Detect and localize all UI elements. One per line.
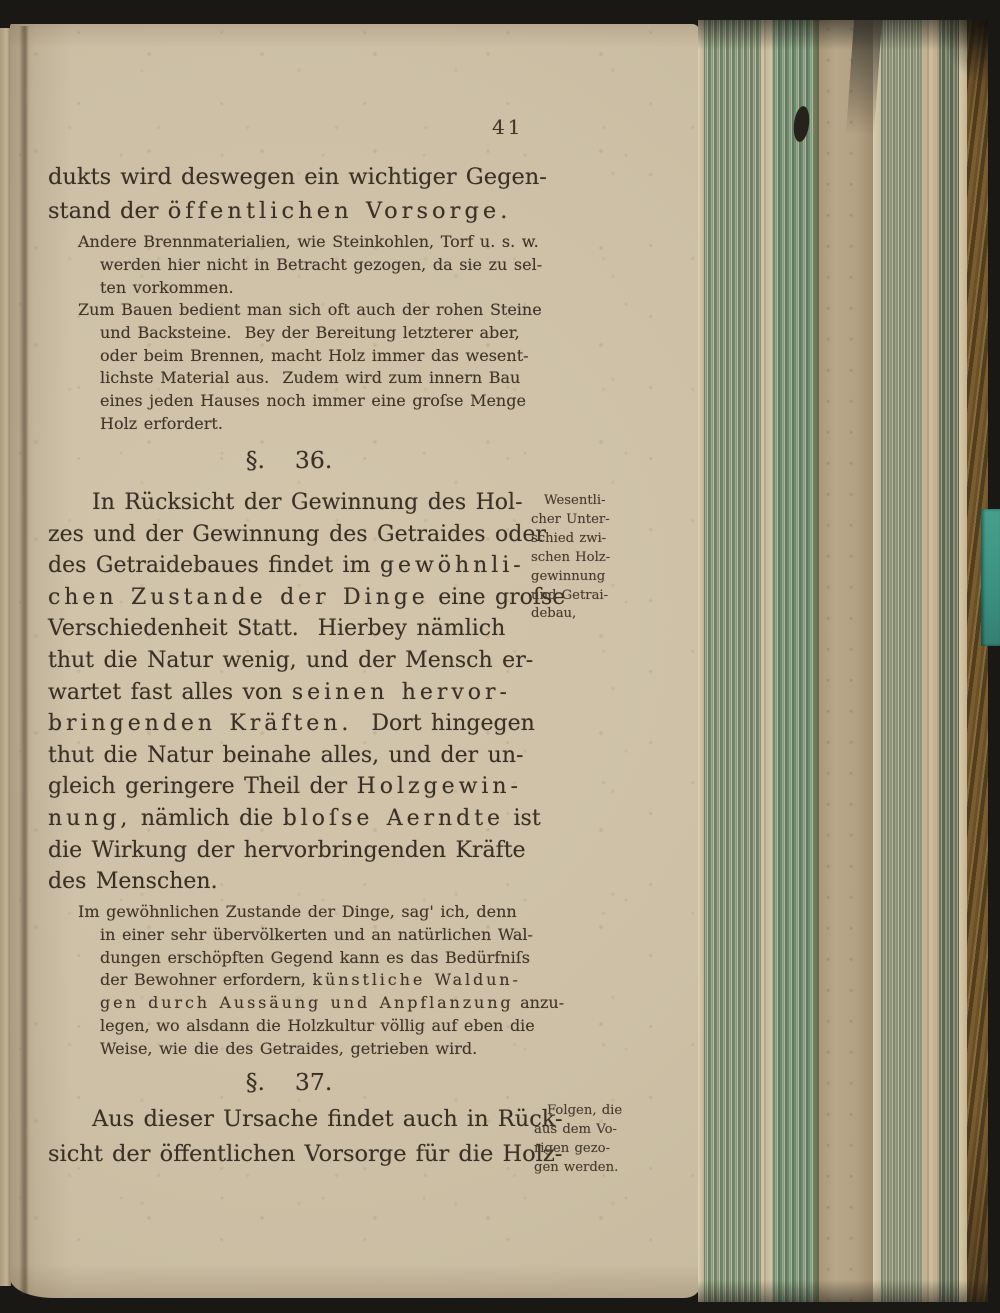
section-number: 37.	[295, 1068, 332, 1096]
text-line: der Bewohner erfordern, künstliche Waldu…	[78, 969, 548, 992]
fore-edge-band-green	[704, 20, 761, 1302]
fore-edge-band-green	[773, 20, 813, 1302]
text-line: oder beim Brennen, macht Holz immer das …	[78, 345, 548, 368]
text-line: debau,	[531, 605, 651, 624]
text-segment: der Bewohner erfordern,	[100, 970, 312, 989]
section-mark: §.	[246, 446, 265, 474]
text-segment: In Rücksicht der Gewinnung des Hol-	[92, 490, 523, 515]
text-line: und Backsteine. Bey der Bereitung letzte…	[78, 322, 548, 345]
text-line: rigen gezo-	[534, 1140, 654, 1159]
text-line: in einer sehr übervölkerten und an natür…	[78, 924, 548, 947]
text-segment: aus dem Vo-	[534, 1122, 617, 1137]
paragraph-37: Aus dieser Ursache findet auch in Rück-s…	[48, 1102, 558, 1172]
text-segment: lichste Material aus. Zudem wird zum inn…	[100, 368, 520, 387]
section-number: 36.	[295, 446, 332, 474]
text-line: cher Unter-	[531, 511, 651, 530]
text-line: Holz erfordert.	[78, 413, 548, 436]
page-gutter-shadow	[19, 26, 29, 1294]
text-segment: Dort hingegen	[352, 711, 534, 736]
section-heading-37: §. 37.	[48, 1068, 530, 1096]
text-line: nung, nämlich die bloſse Aerndte ist	[48, 803, 548, 835]
text-segment: Verschiedenheit Statt. Hierbey nämlich	[48, 616, 505, 641]
fore-edge-band-tan-block	[819, 20, 873, 1302]
text-line: werden hier nicht in Betracht gezogen, d…	[78, 254, 548, 277]
text-segment: Im gewöhnlichen Zustande der Dinge, sag'…	[78, 902, 517, 921]
text-line: stand der öffentlichen Vorsorge.	[48, 194, 548, 228]
text-segment: rigen gezo-	[534, 1141, 610, 1156]
text-line: thut die Natur wenig, und der Mensch er-	[48, 645, 548, 677]
text-segment: stand der	[48, 198, 168, 224]
fore-edge-band-pink	[923, 20, 939, 1302]
text-segment: Holzgewin-	[357, 774, 522, 799]
text-line: des Menschen.	[48, 866, 548, 898]
margin-note-36: Wesentli-cher Unter-schied zwi-schen Hol…	[531, 492, 651, 624]
text-segment: nämlich die	[131, 806, 282, 831]
fore-edge-band-light	[959, 20, 967, 1302]
section-heading-36: §. 36.	[48, 446, 530, 474]
text-segment: chen Zustande der Dinge	[48, 585, 429, 610]
text-segment: dungen erschöpften Gegend kann es das Be…	[100, 948, 530, 967]
text-line: des Getraidebaues findet im gewöhnli-	[48, 550, 548, 582]
fore-edge-band-fray	[939, 20, 959, 1302]
text-line: sicht der öffentlichen Vorsorge für die …	[48, 1137, 558, 1172]
text-segment: Aus dieser Ursache findet auch in Rück-	[92, 1106, 563, 1132]
fore-edge-band-graygreen	[881, 20, 923, 1302]
text-line: lichste Material aus. Zudem wird zum inn…	[78, 367, 548, 390]
text-segment: oder beim Brennen, macht Holz immer das …	[100, 346, 529, 365]
text-segment: Holz erfordert.	[100, 414, 223, 433]
text-segment: Zum Bauen bedient man sich oft auch der …	[78, 300, 542, 319]
text-line: Wesentli-	[531, 492, 651, 511]
text-line: Andere Brennmaterialien, wie Steinkohlen…	[78, 231, 548, 254]
text-line: Verschiedenheit Statt. Hierbey nämlich	[48, 613, 548, 645]
text-line: Zum Bauen bedient man sich oft auch der …	[78, 299, 548, 322]
text-line: Weise, wie die des Getraides, getrieben …	[78, 1038, 548, 1061]
text-line: die Wirkung der hervorbringenden Kräfte	[48, 835, 548, 867]
footnote-brennmaterialien: Andere Brennmaterialien, wie Steinkohlen…	[78, 231, 548, 299]
text-segment: und Getrai-	[531, 588, 608, 603]
text-segment: in einer sehr übervölkerten und an natür…	[100, 925, 533, 944]
text-segment: bloſse Aerndte	[283, 806, 504, 831]
text-segment: gewöhnli-	[380, 553, 525, 578]
text-line: legen, wo alsdann die Holzkultur völlig …	[78, 1015, 548, 1038]
text-segment: öffentlichen Vorsorge.	[168, 198, 512, 224]
page-number: 41	[492, 115, 523, 139]
text-line: und Getrai-	[531, 587, 651, 606]
text-segment: nung,	[48, 806, 131, 831]
text-line: thut die Natur beinahe alles, und der un…	[48, 740, 548, 772]
text-line: chen Zustande der Dinge eine groſse	[48, 582, 548, 614]
text-segment: die Wirkung der hervorbringenden Kräfte	[48, 838, 526, 863]
text-segment: des Getraidebaues findet im	[48, 553, 380, 578]
text-segment: ist	[504, 806, 541, 831]
text-segment: und Backsteine. Bey der Bereitung letzte…	[100, 323, 520, 342]
text-segment: schied zwi-	[531, 531, 606, 546]
text-segment: cher Unter-	[531, 512, 610, 527]
text-segment: thut die Natur beinahe alles, und der un…	[48, 743, 523, 768]
fore-edge-band-light	[873, 20, 881, 1302]
section-mark: §.	[246, 1068, 265, 1096]
text-line: gewinnung	[531, 568, 651, 587]
text-line: aus dem Vo-	[534, 1121, 654, 1140]
footnote-bauen: Zum Bauen bedient man sich oft auch der …	[78, 299, 548, 436]
fore-edge-band-tan	[761, 20, 773, 1302]
text-line: schied zwi-	[531, 530, 651, 549]
text-segment: Andere Brennmaterialien, wie Steinkohlen…	[78, 232, 539, 251]
text-segment: anzu-	[514, 993, 565, 1012]
text-segment: des Menschen.	[48, 869, 218, 894]
text-line: gen durch Aussäung und Anpflanzung anzu-	[78, 992, 548, 1015]
text-line: Folgen, die	[534, 1102, 654, 1121]
text-line: dungen erschöpften Gegend kann es das Be…	[78, 947, 548, 970]
paragraph-36: In Rücksicht der Gewinnung des Hol-zes u…	[48, 487, 548, 898]
text-segment: legen, wo alsdann die Holzkultur völlig …	[100, 1016, 535, 1035]
scanned-book-photo: 41 dukts wird deswegen ein wichtiger Geg…	[0, 0, 1000, 1313]
text-segment: gleich geringere Theil der	[48, 774, 357, 799]
text-segment: Wesentli-	[544, 493, 606, 508]
text-segment: seinen hervor-	[292, 680, 511, 705]
text-line: Aus dieser Ursache findet auch in Rück-	[48, 1102, 558, 1137]
text-line: gen werden.	[534, 1159, 654, 1178]
text-line: schen Holz-	[531, 549, 651, 568]
intro-paragraph: dukts wird deswegen ein wichtiger Gegen-…	[48, 160, 548, 228]
text-segment: debau,	[531, 606, 576, 621]
text-segment: gen werden.	[534, 1160, 618, 1175]
text-line: dukts wird deswegen ein wichtiger Gegen-	[48, 160, 548, 194]
text-segment: Folgen, die	[547, 1103, 622, 1118]
text-segment: dukts wird deswegen ein wichtiger Gegen-	[48, 164, 547, 190]
text-segment: sicht der öffentlichen Vorsorge für die …	[48, 1141, 562, 1167]
text-segment: thut die Natur wenig, und der Mensch er-	[48, 648, 533, 673]
text-line: wartet fast alles von seinen hervor-	[48, 677, 548, 709]
footnote-zustande: Im gewöhnlichen Zustande der Dinge, sag'…	[78, 901, 548, 1061]
text-line: Im gewöhnlichen Zustande der Dinge, sag'…	[78, 901, 548, 924]
text-line: In Rücksicht der Gewinnung des Hol-	[48, 487, 548, 519]
background-teal-object	[981, 509, 1000, 646]
book-cover-edge-marbled	[967, 20, 988, 1302]
margin-note-37: Folgen, dieaus dem Vo-rigen gezo-gen wer…	[534, 1102, 654, 1178]
text-line: eines jeden Hauses noch immer eine groſs…	[78, 390, 548, 413]
text-segment: gewinnung	[531, 569, 605, 584]
text-segment: wartet fast alles von	[48, 680, 292, 705]
text-line: zes und der Gewinnung des Getraides oder	[48, 519, 548, 551]
text-line: ten vorkommen.	[78, 277, 548, 300]
text-segment: bringenden Kräften.	[48, 711, 352, 736]
text-segment: ten vorkommen.	[100, 278, 234, 297]
text-segment: Weise, wie die des Getraides, getrieben …	[100, 1039, 477, 1058]
text-segment: künstliche Waldun-	[312, 970, 520, 989]
text-segment: schen Holz-	[531, 550, 610, 565]
text-line: bringenden Kräften. Dort hingegen	[48, 708, 548, 740]
text-segment: werden hier nicht in Betracht gezogen, d…	[100, 255, 542, 274]
text-segment: gen durch Aussäung und Anpflanzung	[100, 993, 514, 1012]
text-line: gleich geringere Theil der Holzgewin-	[48, 771, 548, 803]
text-segment: zes und der Gewinnung des Getraides oder	[48, 522, 546, 547]
book-fore-edge	[698, 20, 988, 1302]
text-segment: eines jeden Hauses noch immer eine groſs…	[100, 391, 526, 410]
